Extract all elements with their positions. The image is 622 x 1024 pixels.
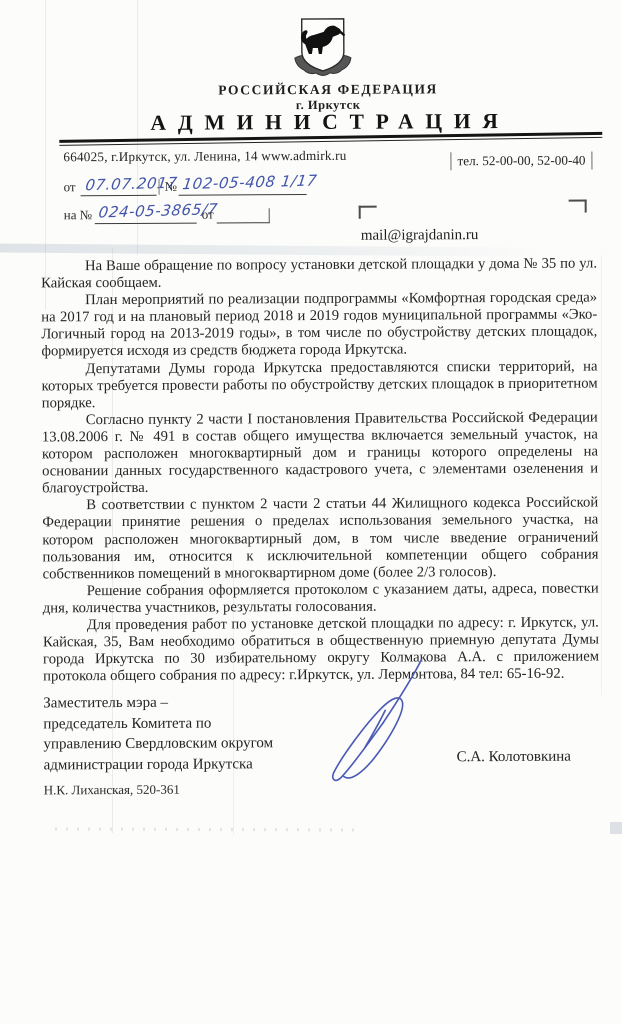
- paragraph: Депутатами Думы города Иркутска предоста…: [41, 358, 597, 412]
- signer-position-line: председатель Комитета по: [43, 713, 273, 735]
- handwritten-signature-icon: [324, 657, 457, 790]
- address-corner-mark-icon: [569, 200, 587, 213]
- paragraph: На Ваше обращение по вопросу установки д…: [41, 256, 597, 293]
- date-label: от: [64, 179, 76, 195]
- letterhead-phone: тел. 52-00-00, 52-00-40: [450, 152, 592, 171]
- signer-position-line: Заместитель мэра –: [43, 692, 273, 714]
- paragraph: В соответствии с пунктом 2 части 2 стать…: [42, 495, 598, 583]
- paragraph: Решение собрания оформляется протоколом …: [43, 580, 599, 617]
- paragraph: Согласно пункту 2 части I постановления …: [42, 409, 598, 497]
- signer-position-line: администрации города Иркутска: [44, 754, 274, 776]
- paragraph: План мероприятий по реализации подпрогра…: [41, 290, 597, 361]
- signer-name: С.А. Колотовкина: [457, 749, 571, 767]
- reply-label: на №: [64, 207, 92, 223]
- recipient-email: mail@igrajdanin.ru: [361, 227, 479, 245]
- divider: [450, 152, 451, 170]
- phone-text: тел. 52-00-00, 52-00-40: [457, 153, 585, 170]
- divider-tick: [159, 179, 160, 195]
- irkutsk-coat-of-arms-icon: [290, 16, 356, 80]
- executor-contact: Н.К. Лиханская, 520-361: [44, 782, 180, 799]
- reply-date-underline: [217, 208, 270, 223]
- handwritten-number: 102-05-408 1/17: [181, 171, 318, 193]
- signer-position-line: управлению Свердловским округом: [43, 733, 273, 755]
- divider: [591, 152, 592, 170]
- address-corner-mark-icon: [359, 206, 377, 219]
- reply-from-label: от: [202, 207, 214, 223]
- letter-sheet: РОССИЙСКАЯ ФЕДЕРАЦИЯ г. Иркутск АДМИНИСТ…: [0, 0, 622, 1024]
- signer-position: Заместитель мэра – председатель Комитета…: [43, 692, 273, 775]
- paragraph: Для проведения работ по установке детско…: [43, 614, 599, 685]
- number-label: №: [165, 179, 177, 195]
- letterhead-address: 664025, г.Иркутск, ул. Ленина, 14 www.ad…: [63, 148, 346, 165]
- scanned-letter-page: РОССИЙСКАЯ ФЕДЕРАЦИЯ г. Иркутск АДМИНИСТ…: [0, 0, 622, 1024]
- letter-body: На Ваше обращение по вопросу установки д…: [41, 256, 599, 686]
